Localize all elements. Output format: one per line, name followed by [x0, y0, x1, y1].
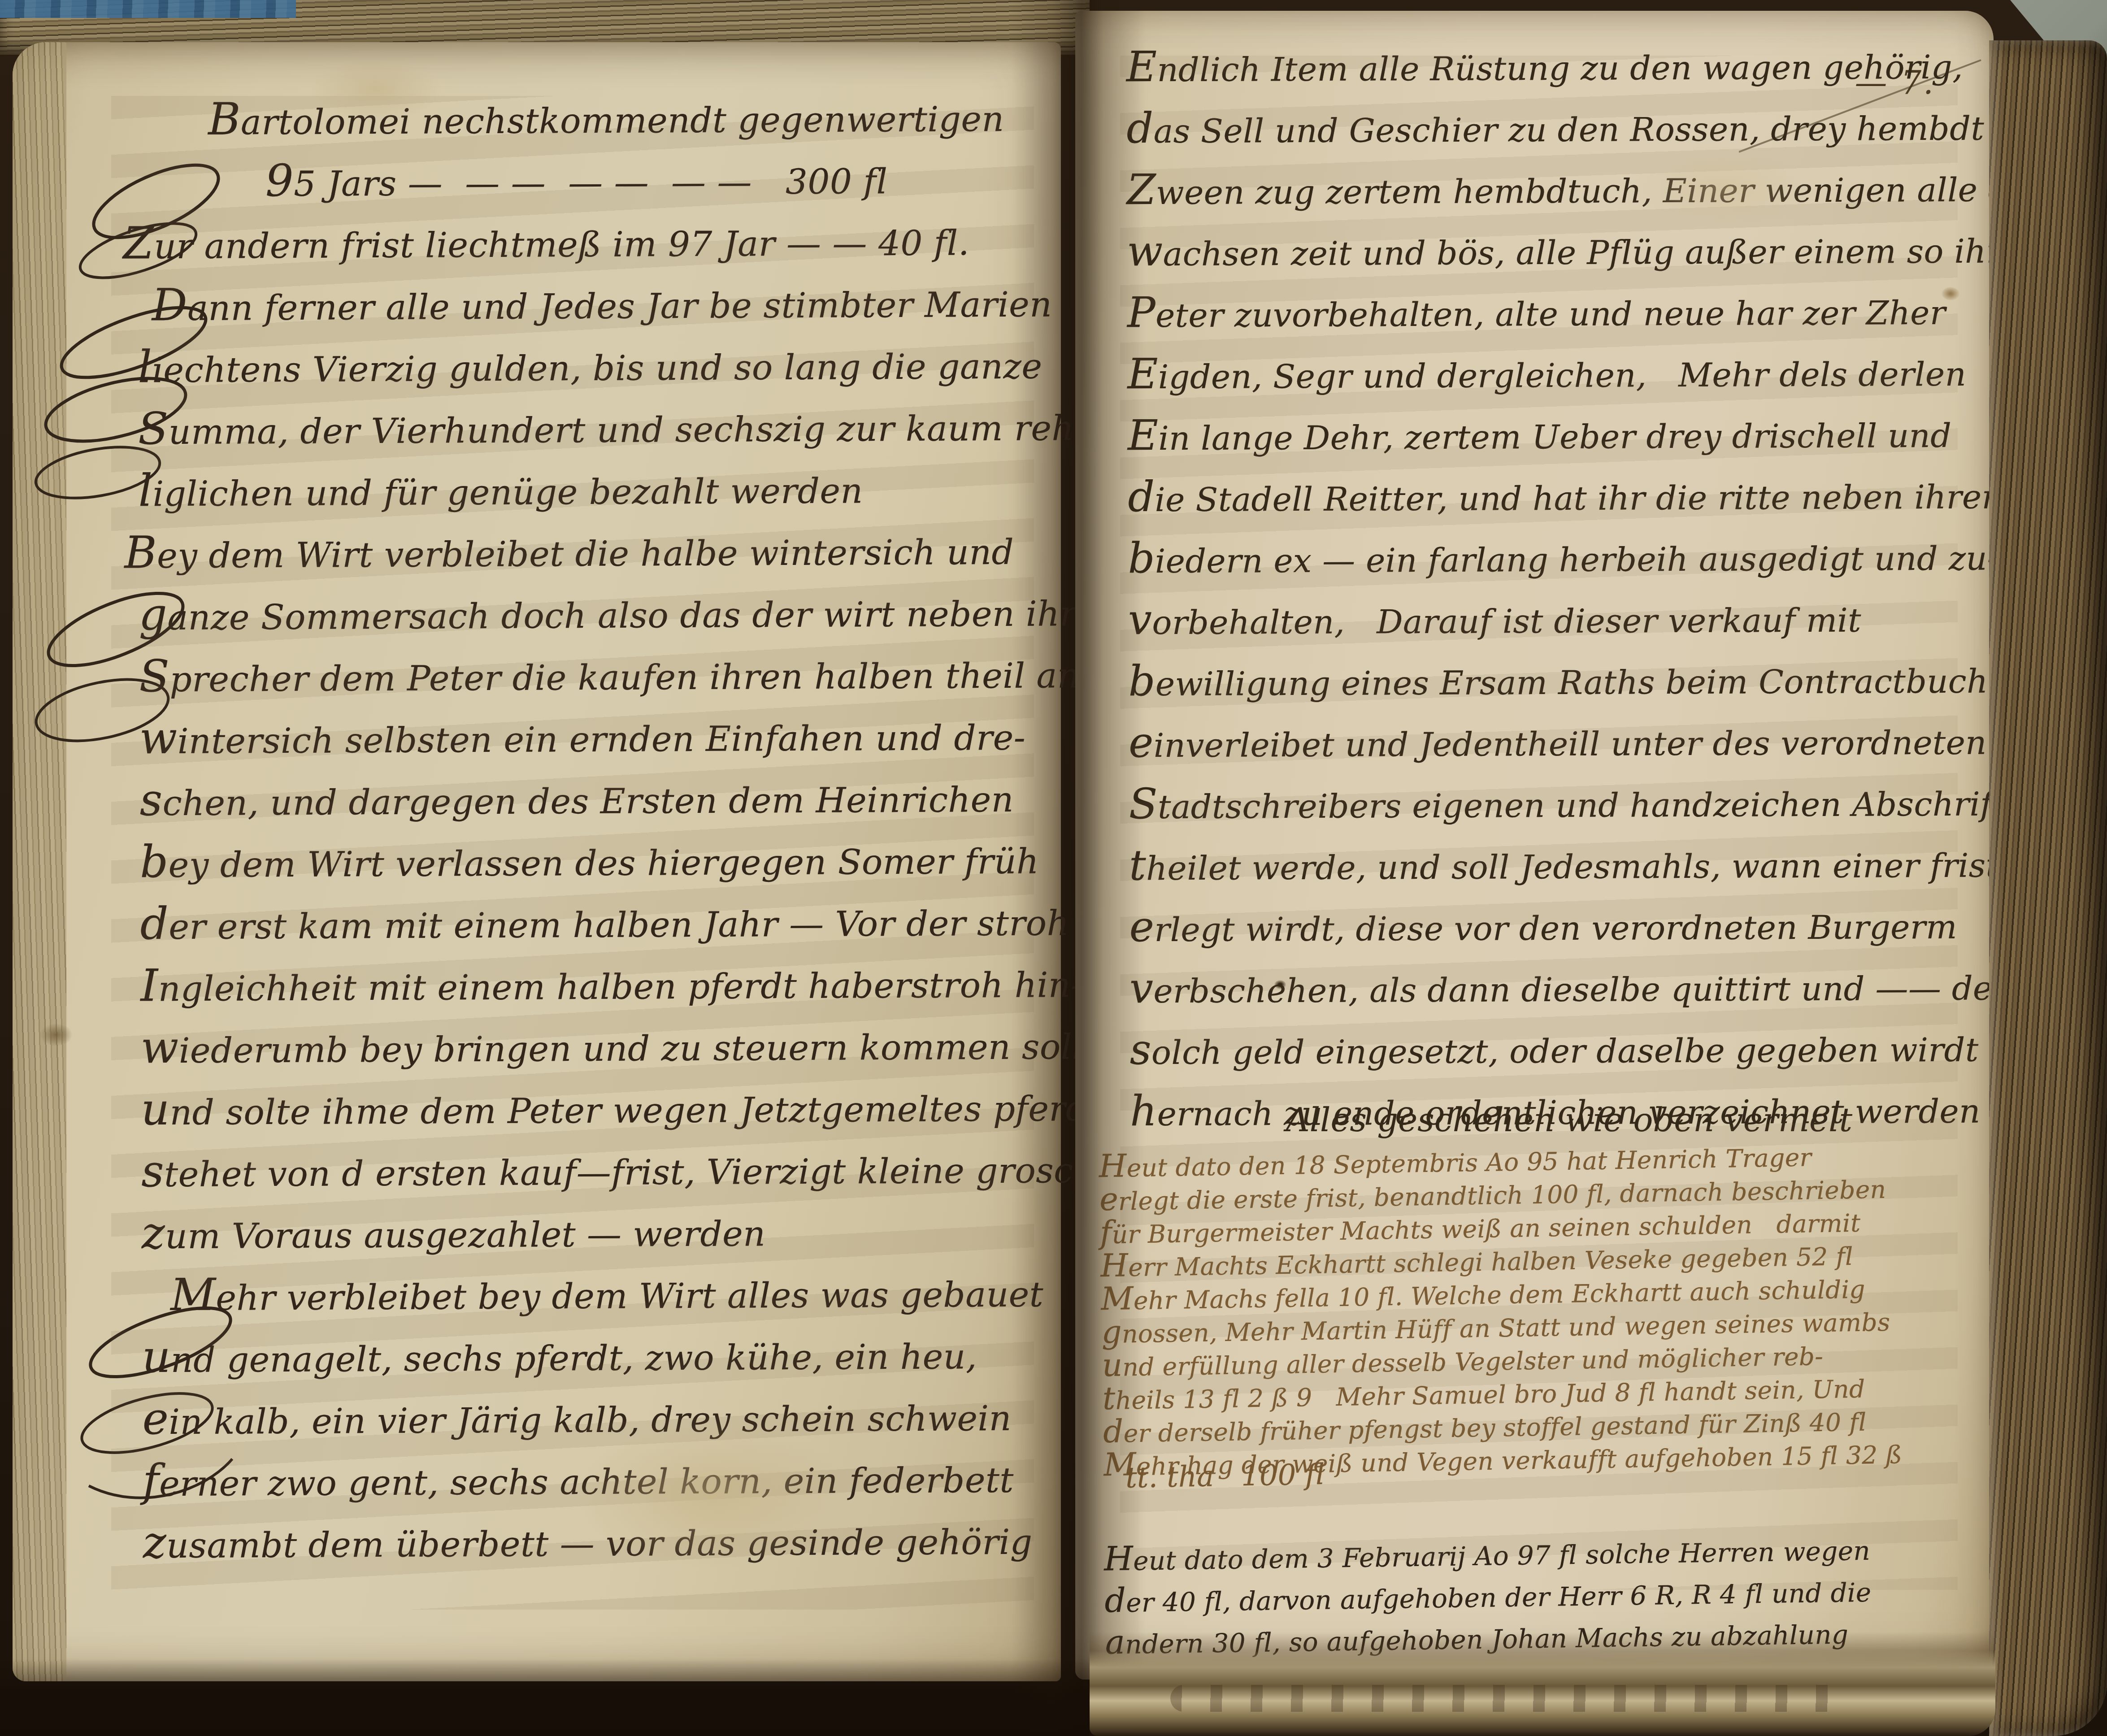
right-page-text: Endlich Item alle Rüstung zu den wagen g… [1126, 35, 1973, 1144]
manuscript-line: liglichen und für genüge bezahlt werden [124, 458, 1043, 524]
manuscript-line: solch geld eingesetzt, oder daselbe gege… [1130, 1018, 1972, 1083]
manuscript-line: Zween zug zertem hembdtuch, Einer wenige… [1127, 158, 1970, 223]
sum-line: tt. tha 100 fl [1125, 1458, 1325, 1495]
manuscript-line: einverleibet und Jedentheill unter des v… [1129, 711, 1972, 776]
manuscript-line: Mehr verbleibet bey dem Wirt alles was g… [127, 1263, 1047, 1328]
manuscript-line: biedern ex — ein farlang herbeih ausgedi… [1128, 527, 1971, 591]
manuscript-line: Dann ferner alle und Jedes Jar be stimbt… [123, 273, 1043, 339]
manuscript-line: zusambt dem überbett — vor das gesinde g… [129, 1510, 1048, 1576]
manuscript-line: Summa, der Vierhundert und sechszig zur … [124, 396, 1043, 462]
payment-entries-1595: Heut dato den 18 Septembris Ao 95 hat He… [1099, 1137, 1978, 1483]
manuscript-line: theilet werde, und soll Jedesmahls, wann… [1129, 834, 1972, 898]
manuscript-photo: Bartolomei nechstkommendt gegenwertigen … [0, 0, 2107, 1736]
manuscript-line: bewilligung eines Ersam Raths beim Contr… [1128, 650, 1971, 714]
manuscript-line: wintersich selbsten ein ernden Einfahen … [125, 706, 1045, 772]
right-page: — 7. Endlich Item alle Rüstung zu den wa… [1075, 11, 1994, 1680]
manuscript-line: und solte ihme dem Peter wegen Jetztgeme… [126, 1077, 1046, 1143]
manuscript-line: Zur andern frist liechtmeß im 97 Jar — —… [123, 211, 1043, 277]
manuscript-line: erlegt wirdt, diese vor den verordneten … [1129, 895, 1972, 960]
manuscript-line: ferner zwo gent, sechs achtel korn, ein … [128, 1448, 1048, 1514]
manuscript-line: Stadtschreibers eigenen und handzeichen … [1129, 773, 1972, 837]
manuscript-line: stehet von d ersten kauf—frist, Vierzigt… [127, 1139, 1047, 1205]
manuscript-line: Endlich Item alle Rüstung zu den wagen g… [1126, 35, 1969, 100]
manuscript-line: ein kalb, ein vier Järig kalb, drey sche… [128, 1386, 1047, 1452]
manuscript-line: ganze Sommersach doch also das der wirt … [125, 582, 1044, 648]
manuscript-line: verbschehen, als dann dieselbe quittirt … [1130, 957, 1972, 1021]
manuscript-line: Eigden, Segr und dergleichen, Mehr dels … [1127, 343, 1970, 407]
left-page-text: Bartolomei nechstkommendt gegenwertigen … [122, 87, 1048, 1576]
manuscript-line: die Stadell Reitter, und hat ihr die rit… [1128, 465, 1971, 530]
blue-cloth-binding [0, 0, 296, 18]
fore-edge-page-stack [1989, 40, 2107, 1736]
manuscript-line: schen, und dargegen des Ersten dem Heinr… [125, 768, 1045, 833]
manuscript-line: Sprecher dem Peter die kaufen ihren halb… [125, 644, 1044, 710]
bottom-page-edges [1090, 1632, 1995, 1736]
manuscript-line: Peter zuvorbehalten, alte und neue har z… [1127, 281, 1970, 346]
manuscript-line: das Sell und Geschier zu den Rossen, dre… [1126, 97, 1969, 161]
manuscript-line: bey dem Wirt verlassen des hiergegen Som… [126, 829, 1045, 895]
manuscript-line: Ein lange Dehr, zertem Ueber drey drisch… [1128, 404, 1971, 469]
closing-line: Alles geschehen wie oben vermelt [1286, 1101, 1852, 1139]
manuscript-line: 95 Jars — — — — — — — 300 fl [122, 149, 1042, 215]
manuscript-line: Bey dem Wirt verbleibet die halbe winter… [124, 520, 1044, 586]
manuscript-line: der erst kam mit einem halben Jahr — Vor… [126, 891, 1046, 957]
manuscript-line: vorbehalten, Darauf ist dieser verkauf m… [1128, 588, 1971, 653]
manuscript-line: wiederumb bey bringen und zu steuern kom… [126, 1015, 1046, 1081]
left-page: Bartolomei nechstkommendt gegenwertigen … [13, 42, 1061, 1681]
manuscript-line: zum Voraus ausgezahlet — werden [127, 1201, 1047, 1267]
manuscript-line: liechtens Vierzig gulden, bis und so lan… [123, 334, 1043, 400]
manuscript-line: und genagelt, sechs pferdt, zwo kühe, ei… [128, 1324, 1047, 1390]
manuscript-line: Bartolomei nechstkommendt gegenwertigen [122, 87, 1042, 153]
manuscript-line: Ingleichheit mit einem halben pferdt hab… [126, 953, 1046, 1019]
manuscript-line: wachsen zeit und bös, alle Pflüg außer e… [1127, 220, 1970, 284]
bottom-shadow [0, 1659, 1090, 1736]
